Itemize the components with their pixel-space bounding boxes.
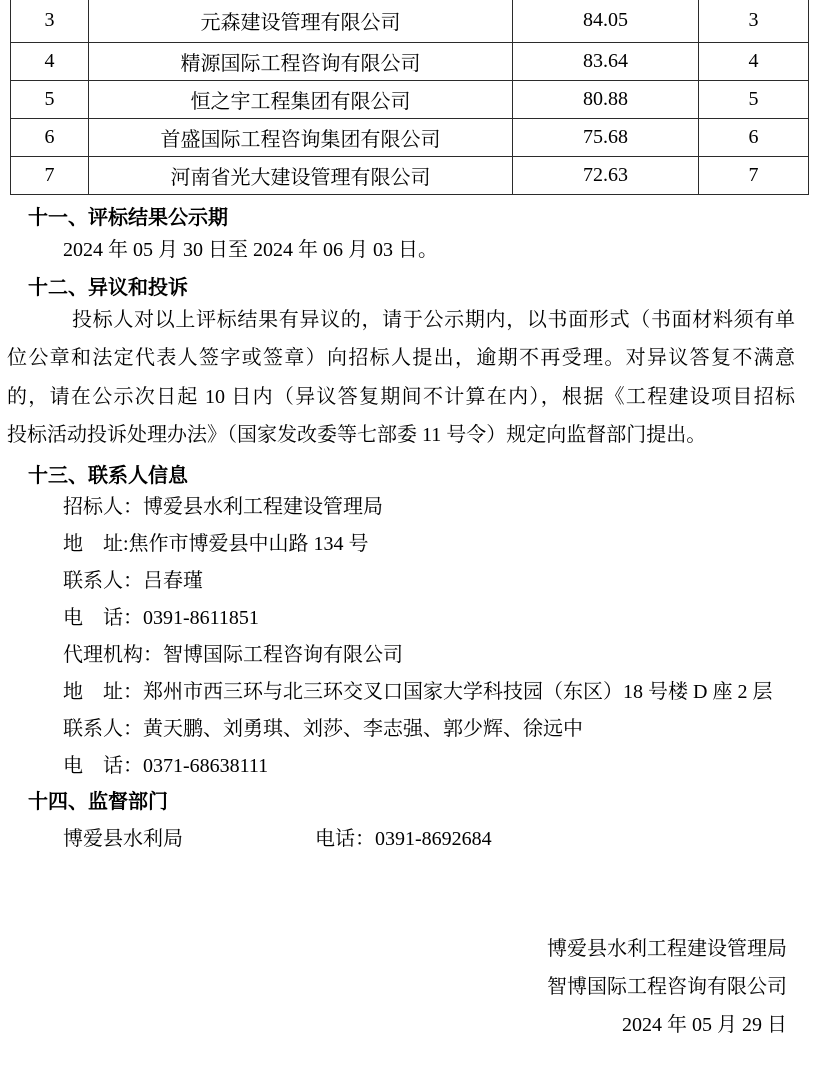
tenderer-contact-line: 联系人：吕春瑾 [0, 563, 814, 600]
row-number: 4 [11, 42, 89, 80]
table-row: 5 恒之宇工程集团有限公司 80.88 5 [11, 80, 809, 118]
row-number: 6 [11, 118, 89, 156]
row-number: 7 [11, 156, 89, 194]
row-number: 3 [11, 0, 89, 42]
signature-block: 博爱县水利工程建设管理局 智博国际工程咨询有限公司 2024 年 05 月 29… [0, 930, 814, 1044]
bid-score-table: 3 元森建设管理有限公司 84.05 3 4 精源国际工程咨询有限公司 83.6… [10, 0, 809, 195]
company-name: 恒之宇工程集团有限公司 [89, 80, 513, 118]
section-heading-14: 十四、监督部门 [0, 789, 814, 815]
signature-tenderer: 博爱县水利工程建设管理局 [0, 930, 814, 968]
supervision-department-line: 博爱县水利局 电话：0391-8692684 [0, 821, 814, 858]
table-row: 7 河南省光大建设管理有限公司 72.63 7 [11, 156, 809, 194]
tenderer-address-line: 地 址:焦作市博爱县中山路 134 号 [0, 526, 814, 563]
objection-paragraph-line: 投标人对以上评标结果有异议的，请于公示期内，以书面形式（书面材料须有单 [0, 301, 814, 340]
signature-agency: 智博国际工程咨询有限公司 [0, 968, 814, 1006]
objection-paragraph-line: 位公章和法定代表人签字或签章）向招标人提出，逾期不再受理。对异议答复不满意 [0, 339, 814, 378]
rank-value: 7 [699, 156, 809, 194]
table-row: 3 元森建设管理有限公司 84.05 3 [11, 0, 809, 42]
table-row: 6 首盛国际工程咨询集团有限公司 75.68 6 [11, 118, 809, 156]
section-heading-11: 十一、评标结果公示期 [0, 205, 814, 231]
company-name: 河南省光大建设管理有限公司 [89, 156, 513, 194]
score-value: 80.88 [513, 80, 699, 118]
company-name: 精源国际工程咨询有限公司 [89, 42, 513, 80]
tenderer-line: 招标人：博爱县水利工程建设管理局 [0, 489, 814, 526]
publicity-period-text: 2024 年 05 月 30 日至 2024 年 06 月 03 日。 [0, 231, 814, 269]
signature-date: 2024 年 05 月 29 日 [0, 1006, 814, 1044]
supervision-department-phone: 电话：0391-8692684 [315, 828, 492, 850]
rank-value: 4 [699, 42, 809, 80]
score-value: 75.68 [513, 118, 699, 156]
rank-value: 5 [699, 80, 809, 118]
supervision-department-name: 博爱县水利局 [63, 828, 183, 850]
rank-value: 6 [699, 118, 809, 156]
table-row: 4 精源国际工程咨询有限公司 83.64 4 [11, 42, 809, 80]
company-name: 元森建设管理有限公司 [89, 0, 513, 42]
section-heading-13: 十三、联系人信息 [0, 463, 814, 489]
company-name: 首盛国际工程咨询集团有限公司 [89, 118, 513, 156]
agency-contact-line: 联系人：黄天鹏、刘勇琪、刘莎、李志强、郭少辉、徐远中 [0, 711, 814, 748]
document-page: 3 元森建设管理有限公司 84.05 3 4 精源国际工程咨询有限公司 83.6… [0, 0, 814, 1069]
agency-line: 代理机构：智博国际工程咨询有限公司 [0, 637, 814, 674]
tenderer-phone-line: 电 话：0391-8611851 [0, 600, 814, 637]
row-number: 5 [11, 80, 89, 118]
score-value: 83.64 [513, 42, 699, 80]
objection-paragraph-line: 的，请在公示次日起 10 日内（异议答复期间不计算在内），根据《工程建设项目招标 [0, 378, 814, 417]
score-value: 72.63 [513, 156, 699, 194]
objection-paragraph-line: 投标活动投诉处理办法》（国家发改委等七部委 11 号令）规定向监督部门提出。 [0, 416, 814, 455]
rank-value: 3 [699, 0, 809, 42]
agency-phone-line: 电 话：0371-68638111 [0, 748, 814, 785]
section-heading-12: 十二、异议和投诉 [0, 275, 814, 301]
score-value: 84.05 [513, 0, 699, 42]
agency-address-line: 地 址：郑州市西三环与北三环交叉口国家大学科技园（东区）18 号楼 D 座 2 … [0, 674, 814, 711]
